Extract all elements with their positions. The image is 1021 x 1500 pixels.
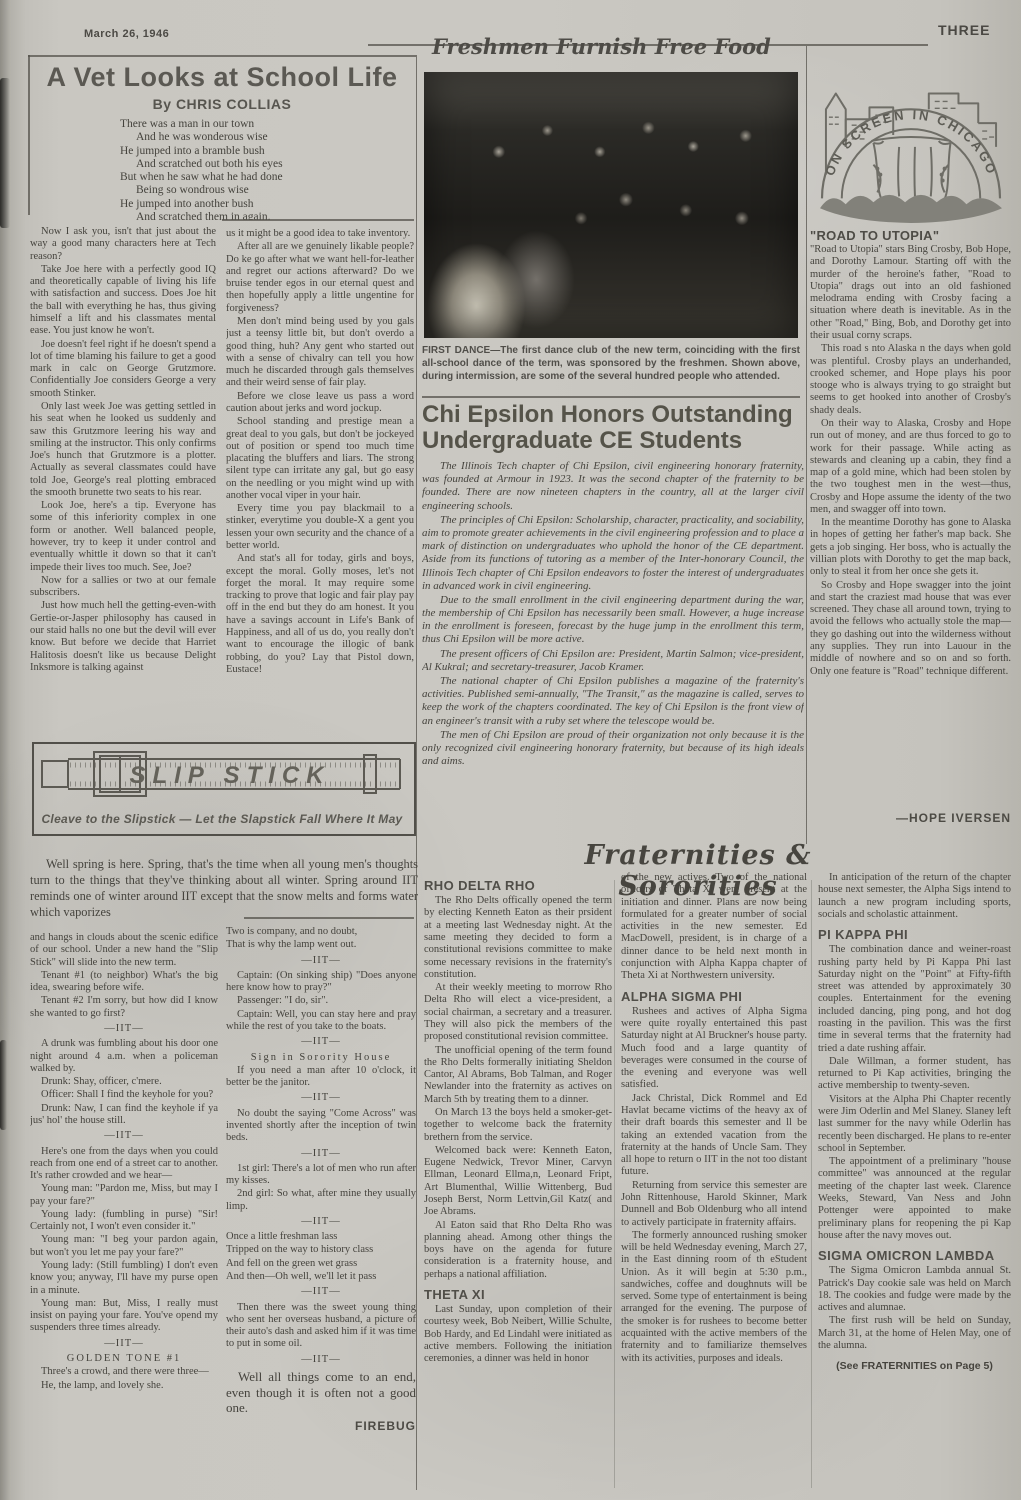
masthead-date: March 26, 1946 bbox=[84, 28, 169, 40]
text-line: Captain: Well, you can stay here and pra… bbox=[226, 1009, 416, 1034]
text-line: The Illinois Tech chapter of Chi Epsilon… bbox=[422, 460, 804, 513]
text-line: Every time you pay blackmail to a stinke… bbox=[226, 503, 414, 552]
text-line: So Crosby and Hope swagger into the join… bbox=[810, 580, 1011, 678]
text-line: Young man: "I beg your pardon again, but… bbox=[30, 1234, 218, 1259]
chi-epsilon-headline-line2: Undergraduate CE Students bbox=[422, 428, 804, 454]
text-line: Last Sunday, upon completion of their co… bbox=[424, 1304, 612, 1365]
text-line: On their way to Alaska, Crosby and Hope … bbox=[810, 418, 1011, 516]
text-line: THETA XI bbox=[424, 1287, 612, 1302]
column-rule bbox=[614, 880, 615, 1488]
column-rule bbox=[416, 55, 417, 1490]
text-line: And fell on the green wet grass bbox=[226, 1258, 416, 1270]
vet-article-column-1: Now I ask you, isn't that just about the… bbox=[30, 226, 216, 736]
chi-epsilon-article: The Illinois Tech chapter of Chi Epsilon… bbox=[422, 460, 804, 840]
text-line: Rushees and actives of Alpha Sigma were … bbox=[621, 1006, 807, 1092]
road-to-utopia-review: "Road to Utopia" stars Bing Crosby, Bob … bbox=[810, 244, 1011, 806]
scan-edge-mark bbox=[0, 78, 10, 228]
text-line: Tripped on the way to history class bbox=[226, 1244, 416, 1256]
text-line: Three's a crowd, and there were three— bbox=[30, 1366, 218, 1378]
text-line: Joe doesn't feel right if he doesn't spe… bbox=[30, 339, 216, 400]
text-line: And he was wonderous wise bbox=[120, 131, 360, 143]
photo-caption: FIRST DANCE—The first dance club of the … bbox=[422, 344, 800, 383]
freshmen-headline: Freshmen Furnish Free Food bbox=[432, 34, 802, 59]
vet-box-top-rule bbox=[28, 55, 416, 57]
text-line: Only last week Joe was getting settled i… bbox=[30, 401, 216, 499]
text-line: The Sigma Omicron Lambda annual St. Patr… bbox=[818, 1265, 1011, 1314]
text-line: Al Eaton said that Rho Delta Rho was pla… bbox=[424, 1220, 612, 1281]
vet-box-left-rule bbox=[28, 55, 30, 215]
review-byline: —HOPE IVERSEN bbox=[810, 811, 1011, 825]
text-line: The Rho Delts offically opened the term … bbox=[424, 895, 612, 981]
text-line: 1st girl: There's a lot of men who run a… bbox=[226, 1163, 416, 1188]
text-line: GOLDEN TONE #1 bbox=[30, 1353, 218, 1365]
text-line: Here's one from the days when you could … bbox=[30, 1146, 218, 1183]
text-line: Jack Christal, Dick Rommel and Ed Havlat… bbox=[621, 1093, 807, 1179]
text-line: —IIT— bbox=[226, 1354, 416, 1366]
text-line: and hangs in clouds about the scenic edi… bbox=[30, 932, 218, 969]
newspaper-page: March 26, 1946 THREE A Vet Looks at Scho… bbox=[0, 0, 1021, 1500]
text-line: —IIT— bbox=[226, 1148, 416, 1160]
scan-edge-mark bbox=[0, 1040, 7, 1130]
text-line: Young man: "Pardon me, Miss, but may I p… bbox=[30, 1183, 218, 1208]
text-line: And scratched out both his eyes bbox=[120, 158, 360, 170]
text-line: Returning from service this semester are… bbox=[621, 1180, 807, 1229]
text-line: Captain: (On sinking ship) "Does anyone … bbox=[226, 970, 416, 995]
text-line: He, the lamp, and lovely she. bbox=[30, 1380, 218, 1392]
text-line: But when he saw what he had done bbox=[120, 171, 360, 183]
caption-bottom-rule bbox=[422, 396, 800, 398]
text-line: Sign in Sorority House bbox=[226, 1052, 416, 1064]
text-line: RHO DELTA RHO bbox=[424, 878, 612, 893]
vet-article-byline: By CHRIS COLLIAS bbox=[36, 96, 408, 112]
text-line: He jumped into another bush bbox=[120, 198, 360, 210]
text-line: That is why the lamp went out. bbox=[226, 939, 416, 951]
text-line: Officer: Shall I find the keyhole for yo… bbox=[30, 1089, 218, 1101]
text-line: And stat's all for today, girls and boys… bbox=[226, 553, 414, 676]
text-line: —IIT— bbox=[30, 1130, 218, 1142]
humor-col2-top-rule bbox=[244, 917, 414, 919]
text-line: In anticipation of the return of the cha… bbox=[818, 872, 1011, 921]
slipstick-box: SLIP STICK Cleave to the Slipstick — Let… bbox=[32, 742, 416, 836]
text-line: —IIT— bbox=[226, 1092, 416, 1104]
fraternity-column-alpha-sigma-phi: of the new actives. Two of the national … bbox=[621, 872, 807, 1498]
on-screen-cartoon: ON SCREEN IN CHICAGO bbox=[812, 48, 1010, 228]
poem-bottom-rule bbox=[222, 219, 414, 221]
text-line: Young lady: (Still fumbling) I don't eve… bbox=[30, 1260, 218, 1297]
slipstick-title: SLIP STICK bbox=[129, 762, 330, 789]
text-line: (See FRATERNITIES on Page 5) bbox=[818, 1360, 1011, 1372]
text-line: Well all things come to an end, even tho… bbox=[226, 1369, 416, 1416]
text-line: Before we close leave us pass a word cau… bbox=[226, 391, 414, 416]
text-line: This road s nto Alaska n the days when g… bbox=[810, 343, 1011, 417]
humor-column-2: Two is company, and no doubt,That is why… bbox=[226, 926, 416, 1498]
text-line: On March 13 the boys held a smoker-get-t… bbox=[424, 1107, 612, 1144]
text-line: Now for a sallies or two at our female s… bbox=[30, 575, 216, 600]
text-line: The present officers of Chi Epsilon are:… bbox=[422, 648, 804, 674]
text-line: Look Joe, here's a tip. Everyone has som… bbox=[30, 500, 216, 574]
text-line: Welcomed back were: Kenneth Eaton, Eugen… bbox=[424, 1145, 612, 1219]
column-rule bbox=[806, 46, 807, 844]
text-line: Young man: But, Miss, I really must insi… bbox=[30, 1298, 218, 1335]
text-line: School standing and prestige mean a grea… bbox=[226, 416, 414, 502]
text-line: Now I ask you, isn't that just about the… bbox=[30, 226, 216, 263]
fraternity-column-rho-delta-rho: RHO DELTA RHOThe Rho Delts offically ope… bbox=[424, 872, 612, 1498]
vet-article-column-2: us it might be a good idea to take inven… bbox=[226, 228, 414, 736]
text-line: The principles of Chi Epsilon: Scholarsh… bbox=[422, 514, 804, 593]
text-line: There was a man in our town bbox=[120, 118, 360, 130]
text-line: After all are we genuinely likable peopl… bbox=[226, 241, 414, 315]
text-line: SIGMA OMICRON LAMBDA bbox=[818, 1248, 1011, 1263]
text-line: Once a little freshman lass bbox=[226, 1231, 416, 1243]
text-line: —IIT— bbox=[30, 1023, 218, 1035]
text-line: Due to the small enrollment in the civil… bbox=[422, 594, 804, 647]
slide-rule-illustration: SLIP STICK bbox=[34, 746, 410, 802]
text-line: Visitors at the Alpha Phi Chapter recent… bbox=[818, 1094, 1011, 1155]
chi-epsilon-headline-line1: Chi Epsilon Honors Outstanding bbox=[422, 402, 804, 428]
text-line: The appointment of a preliminary "house … bbox=[818, 1156, 1011, 1242]
text-line: In the meantime Dorothy has gone to Alas… bbox=[810, 517, 1011, 578]
text-line: Being so wondrous wise bbox=[120, 184, 360, 196]
text-line: No doubt the saying "Come Across" was in… bbox=[226, 1108, 416, 1145]
vet-article-title: A Vet Looks at School Life bbox=[36, 62, 408, 93]
text-line: Just how much hell the getting-even-with… bbox=[30, 600, 216, 674]
text-line: A drunk was fumbling about his door one … bbox=[30, 1038, 218, 1075]
text-line: Take Joe here with a perfectly good IQ a… bbox=[30, 264, 216, 338]
first-dance-photo bbox=[424, 72, 798, 338]
text-line: 2nd girl: So what, after mine they usual… bbox=[226, 1188, 416, 1213]
text-line: Drunk: Shay, officer, c'mere. bbox=[30, 1076, 218, 1088]
page-number: THREE bbox=[938, 22, 990, 38]
text-line: "Road to Utopia" stars Bing Crosby, Bob … bbox=[810, 244, 1011, 342]
text-line: —IIT— bbox=[226, 1286, 416, 1298]
text-line: He jumped into a bramble bush bbox=[120, 145, 360, 157]
text-line: The men of Chi Epsilon are proud of thei… bbox=[422, 729, 804, 769]
text-line: —IIT— bbox=[226, 1036, 416, 1048]
text-line: Then there was the sweet young thing who… bbox=[226, 1302, 416, 1351]
text-line: —IIT— bbox=[226, 1216, 416, 1228]
text-line: PI KAPPA PHI bbox=[818, 927, 1011, 942]
column-rule bbox=[811, 880, 812, 1488]
text-line: At their weekly meeting to morrow Rho De… bbox=[424, 982, 612, 1043]
text-line: The unofficial opening of the term found… bbox=[424, 1045, 612, 1106]
text-line: Tenant #2 I'm sorry, but how did I know … bbox=[30, 995, 218, 1020]
text-line: If you need a man after 10 o'clock, it b… bbox=[226, 1065, 416, 1090]
text-line: Men don't mind being used by you gals ju… bbox=[226, 316, 414, 390]
road-to-utopia-title: "ROAD TO UTOPIA" bbox=[810, 228, 1010, 243]
text-line: The first rush will be held on Sunday, M… bbox=[818, 1315, 1011, 1352]
slipstick-caption: Cleave to the Slipstick — Let the Slapst… bbox=[38, 812, 406, 826]
text-line: The formerly announced rushing smoker wi… bbox=[621, 1230, 807, 1365]
text-line: FIREBUG bbox=[226, 1419, 416, 1433]
text-line: us it might be a good idea to take inven… bbox=[226, 228, 414, 240]
text-line: Passenger: "I do, sir". bbox=[226, 995, 416, 1007]
text-line: The combination dance and weiner-roast r… bbox=[818, 944, 1011, 1055]
text-line: —IIT— bbox=[226, 955, 416, 967]
text-line: And then—Oh well, we'll let it pass bbox=[226, 1271, 416, 1283]
text-line: of the new actives. Two of the national … bbox=[621, 872, 807, 983]
text-line: Young lady: (fumbling in purse) "Sir! Ce… bbox=[30, 1209, 218, 1234]
text-line: ALPHA SIGMA PHI bbox=[621, 989, 807, 1004]
text-line: Drunk: Naw, I can find the keyhole if ya… bbox=[30, 1103, 218, 1128]
humor-column-1: and hangs in clouds about the scenic edi… bbox=[30, 932, 218, 1494]
fraternity-column-pi-kappa-phi: In anticipation of the return of the cha… bbox=[818, 872, 1011, 1498]
text-line: The national chapter of Chi Epsilon publ… bbox=[422, 675, 804, 728]
text-line: Tenant #1 (to neighbor) What's the big i… bbox=[30, 970, 218, 995]
text-line: Dale Willman, a former student, has retu… bbox=[818, 1056, 1011, 1093]
mother-goose-poem: There was a man in our townAnd he was wo… bbox=[120, 118, 360, 220]
text-line: Two is company, and no doubt, bbox=[226, 926, 416, 938]
text-line: —IIT— bbox=[30, 1338, 218, 1350]
